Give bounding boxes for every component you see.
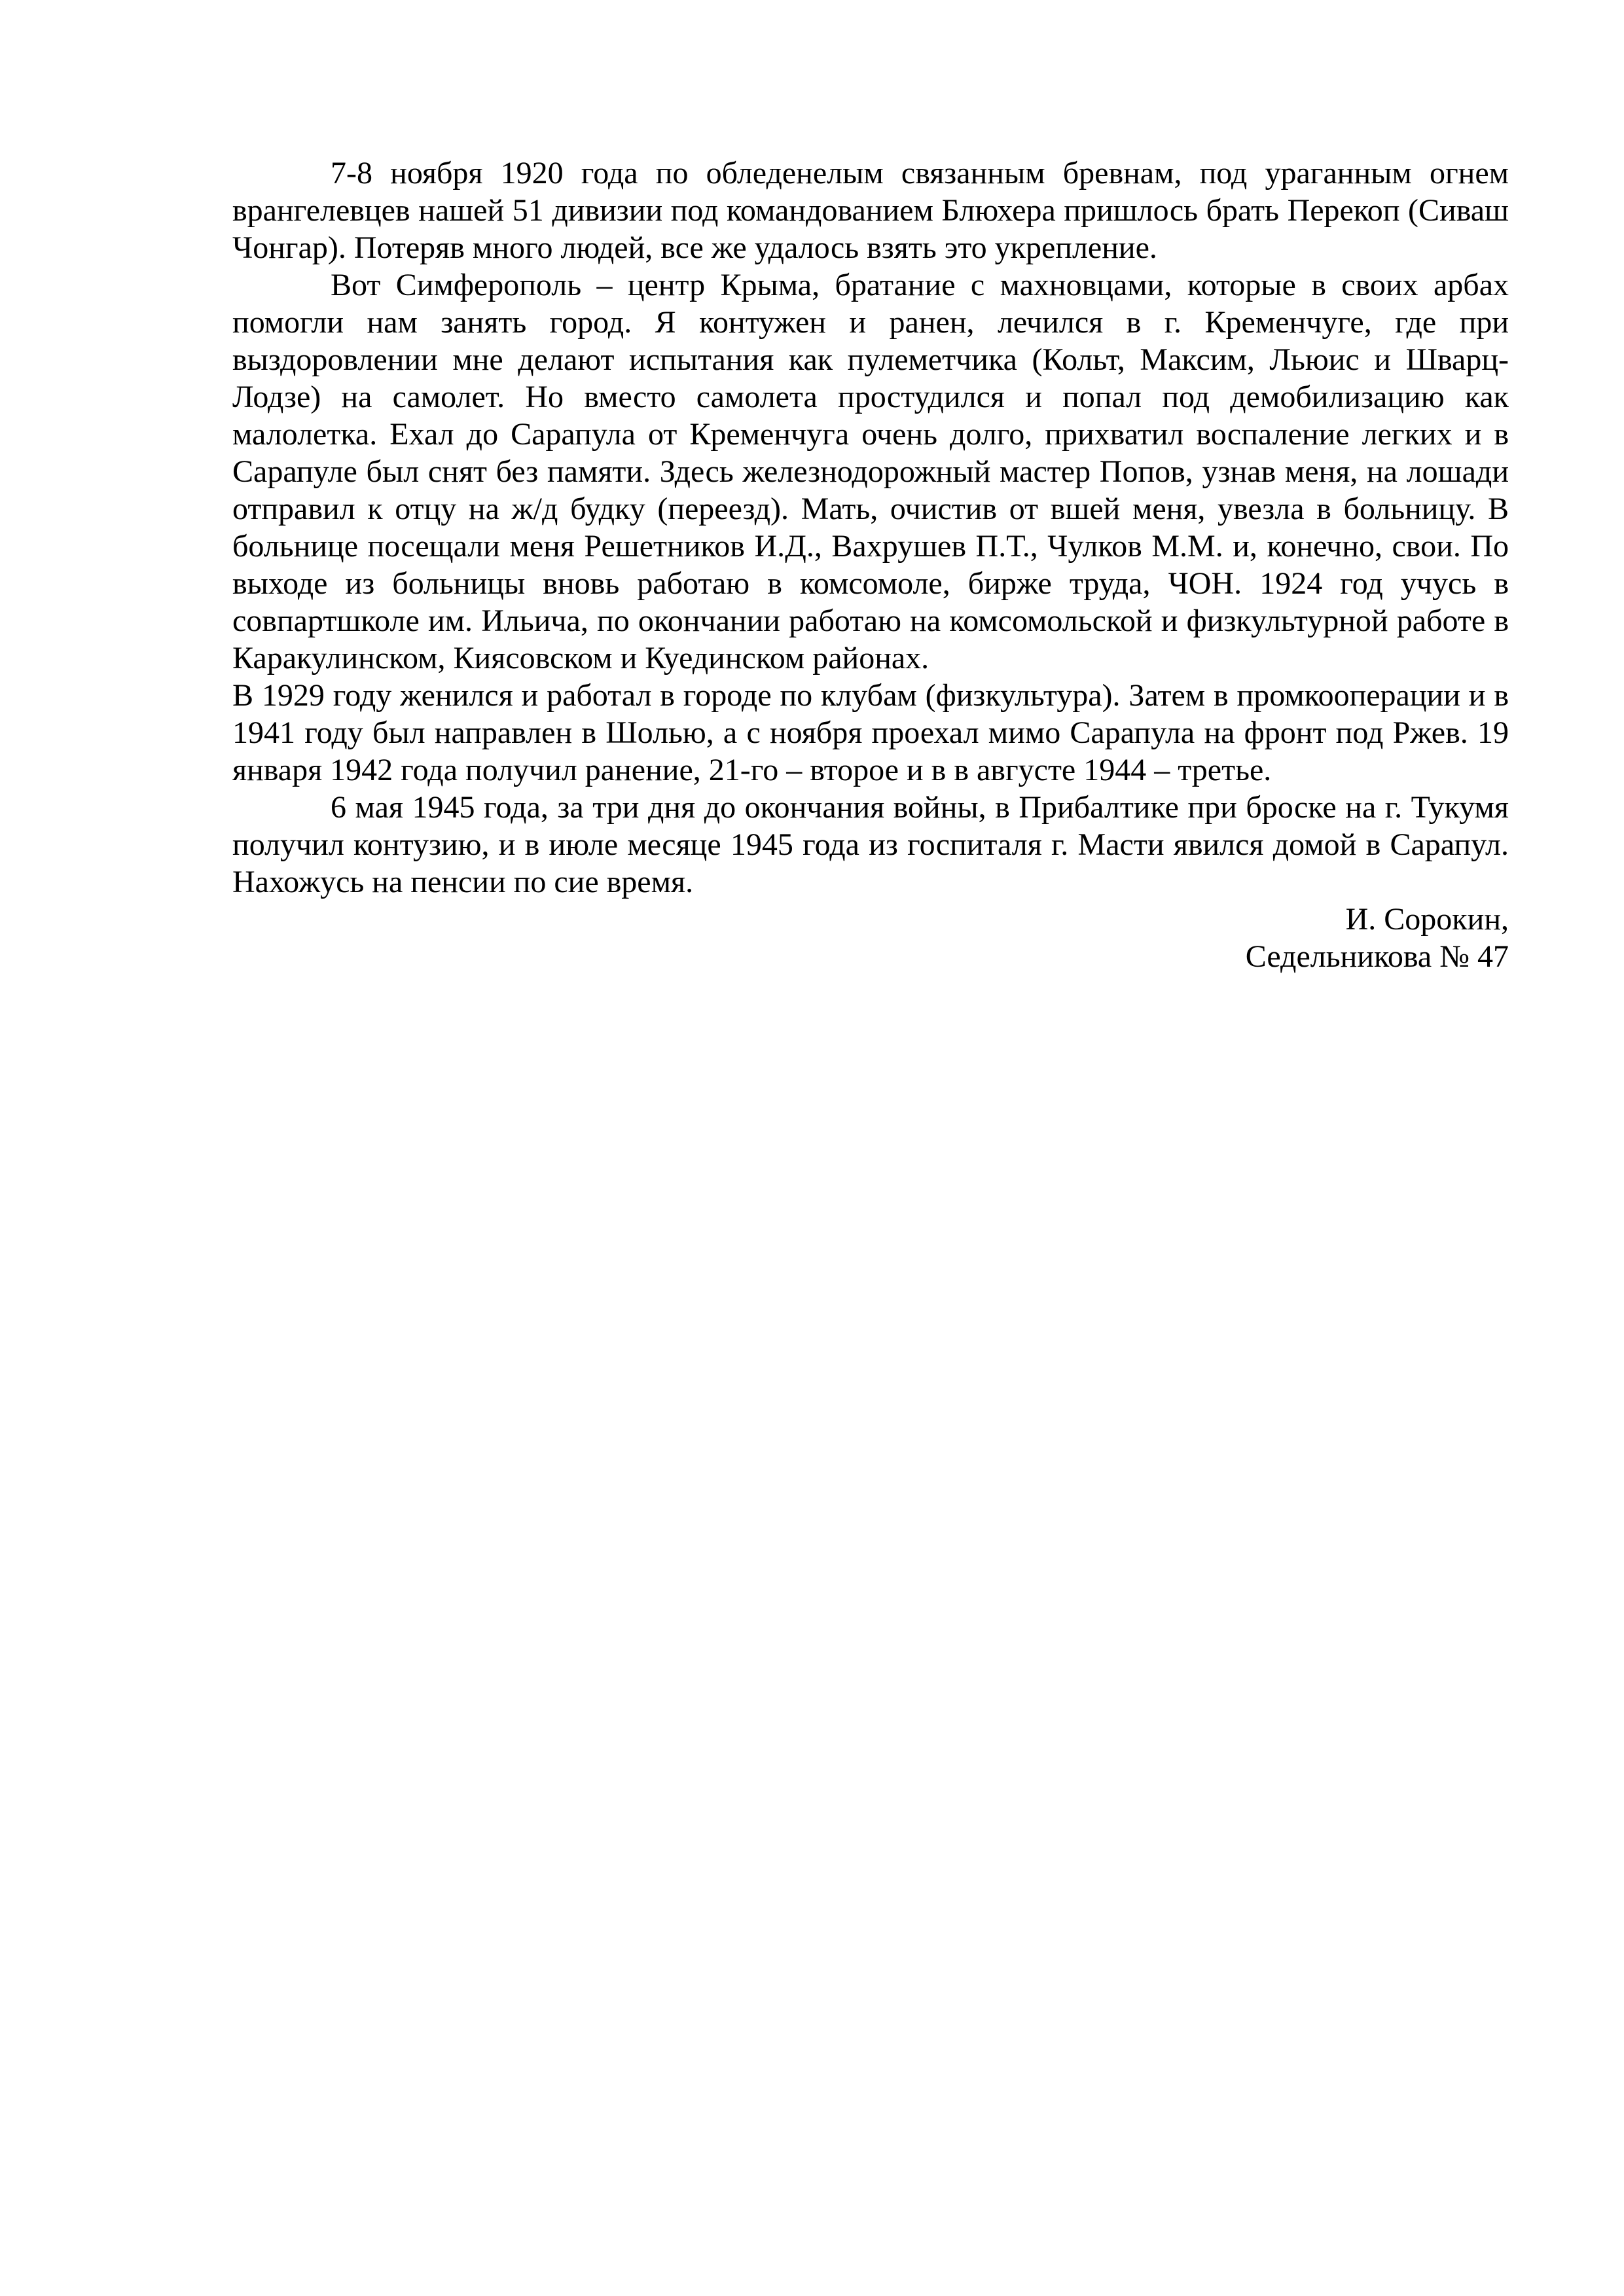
signature-block: И. Сорокин, Седельникова № 47 bbox=[232, 901, 1509, 975]
signature-name: И. Сорокин, bbox=[232, 901, 1509, 938]
paragraph-1945: 6 мая 1945 года, за три дня до окончания… bbox=[232, 789, 1509, 901]
paragraph-perekop: 7-8 ноября 1920 года по обледенелым связ… bbox=[232, 154, 1509, 266]
paragraph-simferopol: Вот Симферополь – центр Крыма, братание … bbox=[232, 266, 1509, 677]
signature-address: Седельникова № 47 bbox=[232, 938, 1509, 975]
document-page: 7-8 ноября 1920 года по обледенелым связ… bbox=[232, 154, 1509, 975]
paragraph-1929: В 1929 году женился и работал в городе п… bbox=[232, 677, 1509, 789]
